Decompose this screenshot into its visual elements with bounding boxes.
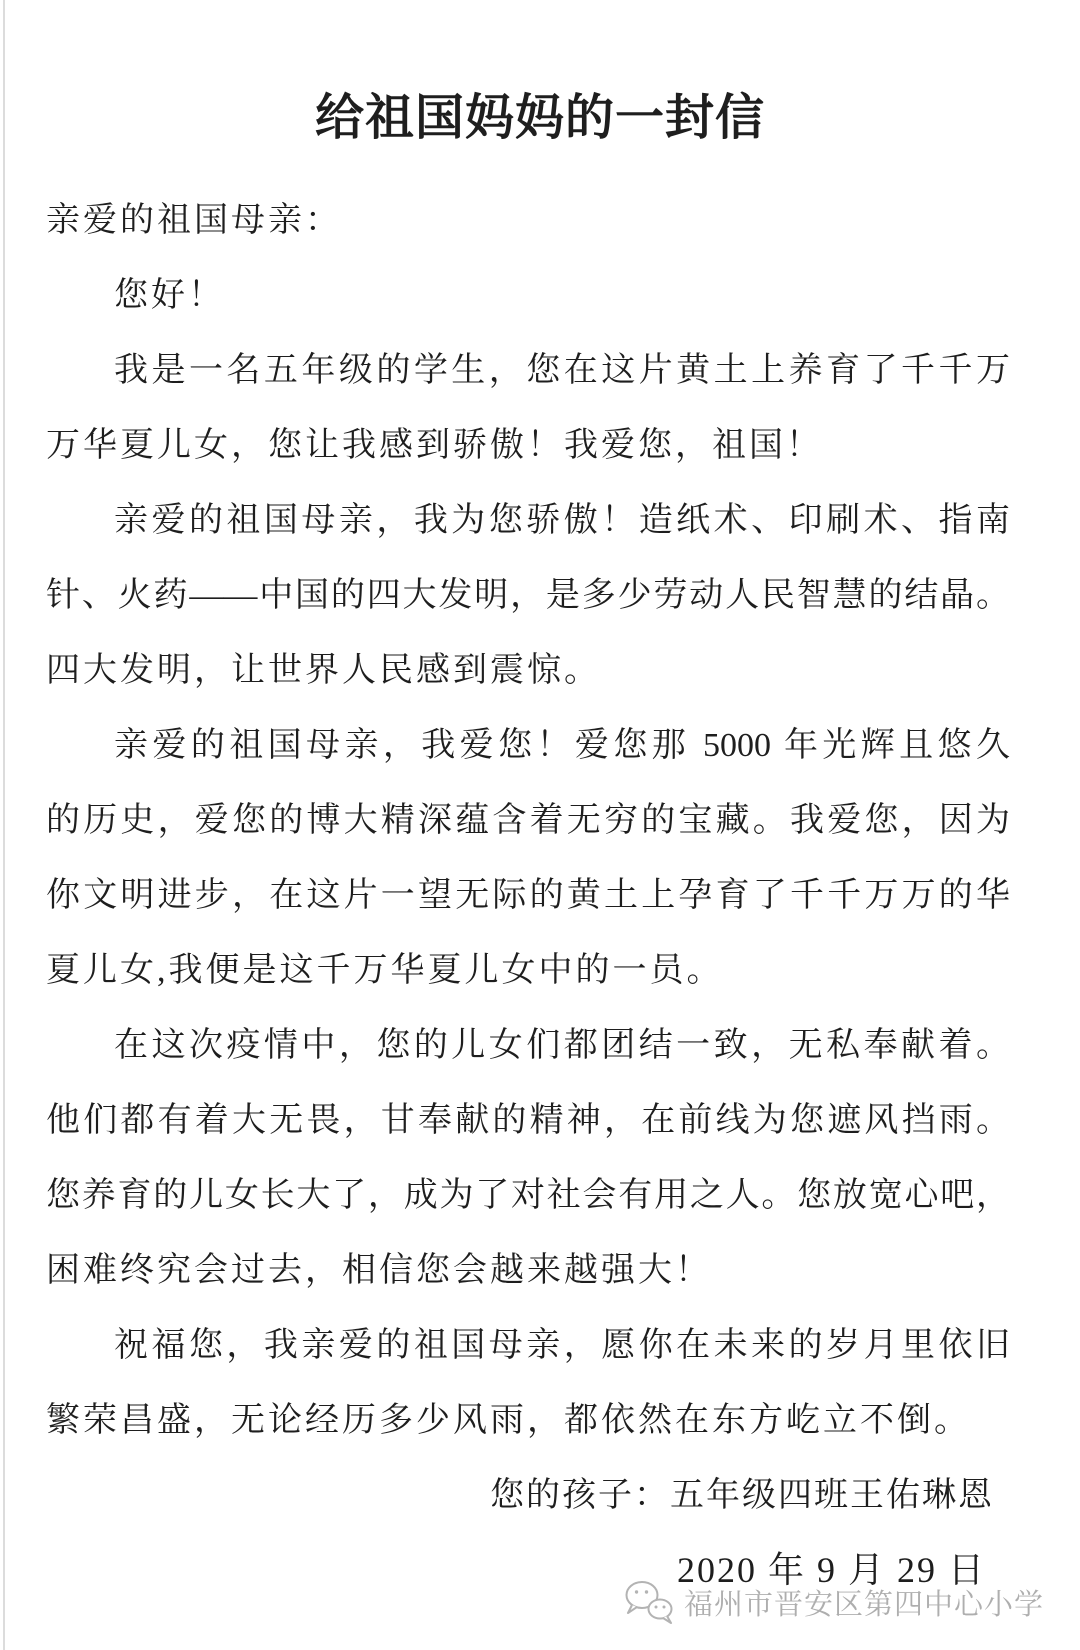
letter-line: 您养育的儿女长大了，成为了对社会有用之人。您放宽心吧， [46,1158,1010,1233]
watermark-text: 福州市晋安区第四中心小学 [684,1582,1044,1623]
salutation-line: 亲爱的祖国母亲： [46,183,1010,258]
wechat-icon [622,1578,676,1626]
letter-line: 您好！ [46,258,1010,333]
letter-title: 给祖国妈妈的一封信 [0,0,1080,148]
watermark: 福州市晋安区第四中心小学 [622,1578,1044,1626]
letter-line: 亲爱的祖国母亲，我为您骄傲！造纸术、印刷术、指南 [46,483,1010,558]
letter-line: 四大发明，让世界人民感到震惊。 [46,633,1010,708]
letter-line: 困难终究会过去，相信您会越来越强大！ [46,1233,1010,1308]
letter-line: 的历史，爱您的博大精深蕴含着无穷的宝藏。我爱您，因为 [46,783,1010,858]
letter-body: 亲爱的祖国母亲： 您好！ 我是一名五年级的学生，您在这片黄土上养育了千千万 万华… [0,183,1080,1608]
letter-line: 万华夏儿女，您让我感到骄傲！我爱您，祖国！ [46,408,1010,483]
letter-line: 你文明进步，在这片一望无际的黄土上孕育了千千万万的华 [46,858,1010,933]
letter-line: 夏儿女,我便是这千万华夏儿女中的一员。 [46,933,1010,1008]
letter-line: 我是一名五年级的学生，您在这片黄土上养育了千千万 [46,333,1010,408]
letter-line: 他们都有着大无畏，甘奉献的精神，在前线为您遮风挡雨。 [46,1083,1010,1158]
letter-line: 亲爱的祖国母亲，我爱您！爱您那 5000 年光辉且悠久 [46,708,1010,783]
letter-line: 针、火药——中国的四大发明，是多少劳动人民智慧的结晶。 [46,558,1010,633]
letter-document: 给祖国妈妈的一封信 亲爱的祖国母亲： 您好！ 我是一名五年级的学生，您在这片黄土… [0,0,1080,1650]
letter-line: 繁荣昌盛，无论经历多少风雨，都依然在东方屹立不倒。 [46,1383,1010,1458]
signature-line: 您的孩子：五年级四班王佑琳恩 [46,1458,994,1533]
letter-line: 在这次疫情中，您的儿女们都团结一致，无私奉献着。 [46,1008,1010,1083]
letter-line: 祝福您，我亲爱的祖国母亲，愿你在未来的岁月里依旧 [46,1308,1010,1383]
page-left-border [3,0,5,1650]
